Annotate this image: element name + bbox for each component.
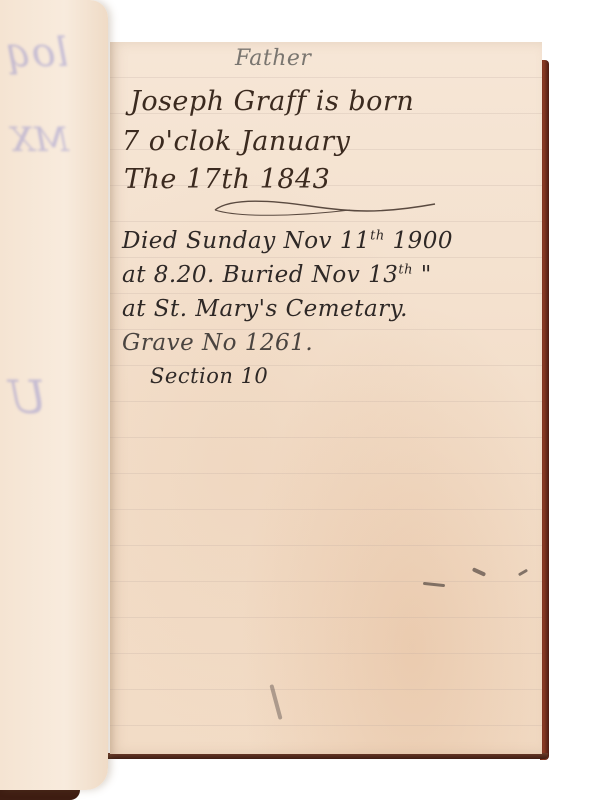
death-line-2: at 8.20. Buried Nov 13th " xyxy=(122,262,432,288)
death-line-3: at St. Mary's Cemetary. xyxy=(122,296,408,322)
death-line-1: Died Sunday Nov 11th 1900 xyxy=(122,228,453,254)
death-line-4: Grave No 1261. xyxy=(122,330,313,356)
death-line-1-sup: th xyxy=(370,228,385,243)
death-line-5: Section 10 xyxy=(150,364,268,388)
ink-bleed-text: loq xyxy=(6,30,68,76)
birth-line-1: Joseph Graff is born xyxy=(130,86,414,117)
ink-bleed-text: MX xyxy=(10,120,69,160)
death-line-1-text: Died Sunday Nov 11 xyxy=(122,228,370,254)
death-line-2-sup: th xyxy=(398,262,413,277)
left-page-curled: loq MX U xyxy=(0,0,108,790)
right-page: Father Joseph Graff is born 7 o'clok Jan… xyxy=(110,42,542,754)
notebook-photo: Father Joseph Graff is born 7 o'clok Jan… xyxy=(0,0,600,800)
death-line-2-text: at 8.20. Buried Nov 13 xyxy=(122,262,398,288)
ink-bleed-text: U xyxy=(8,370,47,424)
page-title: Father xyxy=(235,46,311,71)
birth-line-3: The 17th 1843 xyxy=(124,164,330,195)
flourish-divider-icon xyxy=(210,192,440,222)
death-line-2-ditto: " xyxy=(413,262,432,288)
death-line-1-year: 1900 xyxy=(385,228,453,254)
birth-line-2: 7 o'clok January xyxy=(122,126,350,157)
